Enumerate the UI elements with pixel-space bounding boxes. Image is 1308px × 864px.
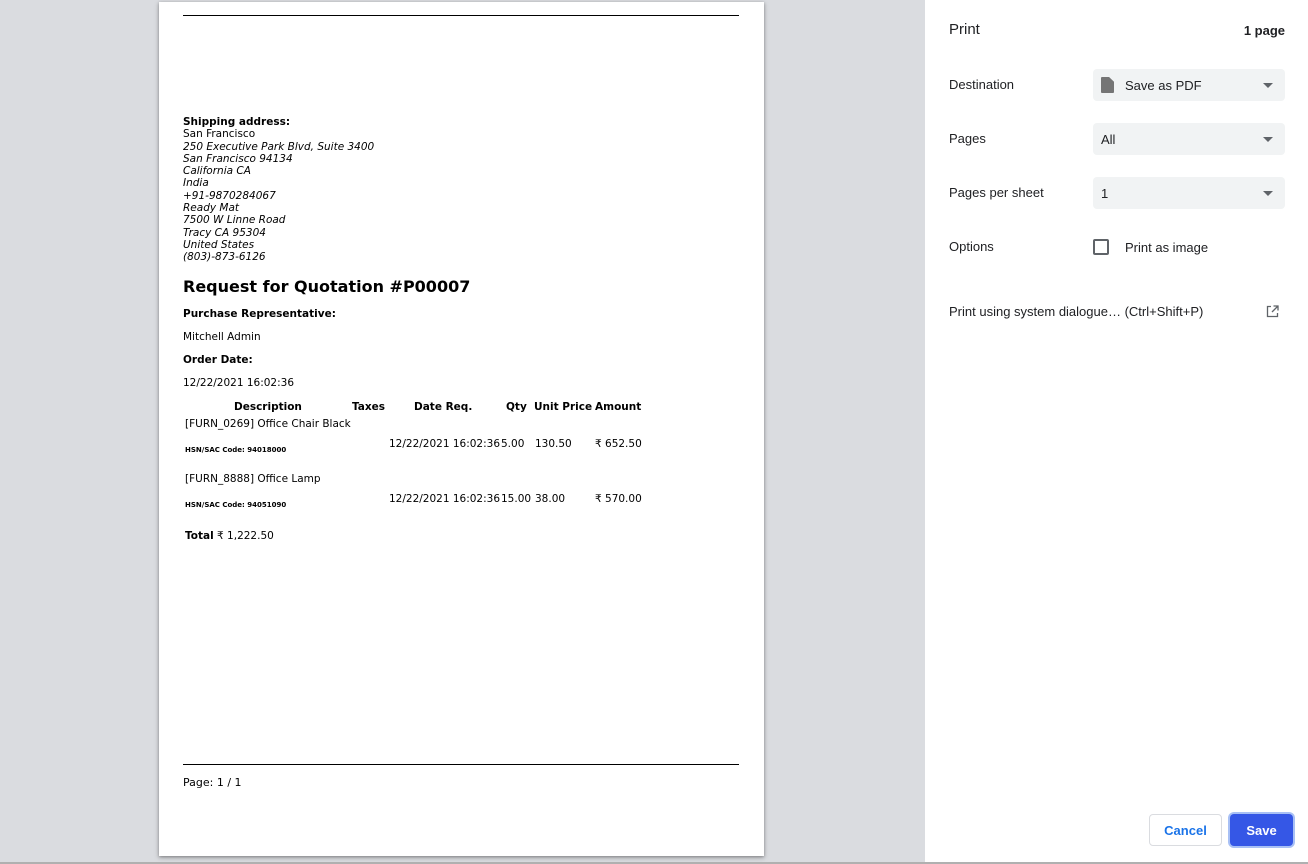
shipping-line: 7500 W Linne Road — [183, 214, 374, 226]
total-line: Total ₹ 1,222.50 — [185, 530, 274, 542]
preview-page: Shipping address: San Francisco 250 Exec… — [159, 2, 764, 856]
page-count: 1 page — [1244, 23, 1285, 38]
shipping-line: Tracy CA 95304 — [183, 227, 374, 239]
row-unit-price: 130.50 — [535, 438, 572, 450]
total-label: Total — [185, 530, 214, 542]
pages-value: All — [1101, 132, 1115, 147]
shipping-line: San Francisco — [183, 128, 374, 140]
chevron-down-icon — [1263, 83, 1273, 88]
row-hsn: HSN/SAC Code: 94018000 — [185, 446, 286, 454]
rep-value: Mitchell Admin — [183, 331, 261, 343]
destination-select[interactable]: Save as PDF — [1093, 69, 1285, 101]
shipping-address: Shipping address: San Francisco 250 Exec… — [183, 116, 374, 264]
shipping-line: Ready Mat — [183, 202, 374, 214]
print-settings-panel: Print 1 page Destination Save as PDF Pag… — [925, 0, 1308, 862]
open-external-icon[interactable] — [1266, 305, 1279, 318]
destination-label: Destination — [949, 77, 1014, 92]
document-title: Request for Quotation #P00007 — [183, 277, 470, 296]
col-header-unit-price: Unit Price — [534, 401, 592, 413]
save-button[interactable]: Save — [1230, 814, 1293, 846]
chevron-down-icon — [1263, 191, 1273, 196]
row-amount: ₹ 570.00 — [595, 493, 642, 505]
shipping-line: San Francisco 94134 — [183, 153, 374, 165]
page-number: Page: 1 / 1 — [183, 776, 242, 789]
print-preview-area: Shipping address: San Francisco 250 Exec… — [0, 0, 925, 862]
shipping-line: California CA — [183, 165, 374, 177]
shipping-line: United States — [183, 239, 374, 251]
pages-per-sheet-select[interactable]: 1 — [1093, 177, 1285, 209]
col-header-date-req: Date Req. — [414, 401, 472, 413]
shipping-line: +91-9870284067 — [183, 190, 374, 202]
row-hsn: HSN/SAC Code: 94051090 — [185, 501, 286, 509]
panel-title: Print — [949, 21, 980, 38]
col-header-description: Description — [234, 401, 302, 413]
system-dialog-link[interactable]: Print using system dialogue… (Ctrl+Shift… — [949, 304, 1203, 319]
pages-label: Pages — [949, 131, 986, 146]
row-date-req: 12/22/2021 16:02:36 — [389, 438, 500, 450]
order-date-label: Order Date: — [183, 354, 253, 366]
shipping-label: Shipping address: — [183, 116, 374, 128]
chevron-down-icon — [1263, 137, 1273, 142]
pages-per-sheet-value: 1 — [1101, 186, 1108, 201]
print-as-image-checkbox[interactable] — [1093, 239, 1109, 255]
total-value: ₹ 1,222.50 — [217, 530, 274, 542]
row-unit-price: 38.00 — [535, 493, 565, 505]
col-header-amount: Amount — [595, 401, 641, 413]
footer-divider — [183, 764, 739, 765]
options-label: Options — [949, 239, 994, 254]
pages-select[interactable]: All — [1093, 123, 1285, 155]
destination-value: Save as PDF — [1125, 78, 1202, 93]
print-as-image-label[interactable]: Print as image — [1125, 240, 1208, 255]
col-header-taxes: Taxes — [352, 401, 385, 413]
row-date-req: 12/22/2021 16:02:36 — [389, 493, 500, 505]
shipping-line: (803)-873-6126 — [183, 251, 374, 263]
header-divider — [183, 15, 739, 16]
rep-label: Purchase Representative: — [183, 308, 336, 320]
shipping-line: India — [183, 177, 374, 189]
pages-per-sheet-label: Pages per sheet — [949, 185, 1044, 200]
shipping-line: 250 Executive Park Blvd, Suite 3400 — [183, 141, 374, 153]
file-icon — [1101, 77, 1114, 93]
row-qty: 5.00 — [501, 438, 524, 450]
row-qty: 15.00 — [501, 493, 531, 505]
row-amount: ₹ 652.50 — [595, 438, 642, 450]
row-description: [FURN_8888] Office Lamp — [185, 473, 321, 485]
col-header-qty: Qty — [506, 401, 527, 413]
order-date-value: 12/22/2021 16:02:36 — [183, 377, 294, 389]
cancel-button[interactable]: Cancel — [1149, 814, 1222, 846]
row-description: [FURN_0269] Office Chair Black — [185, 418, 351, 430]
